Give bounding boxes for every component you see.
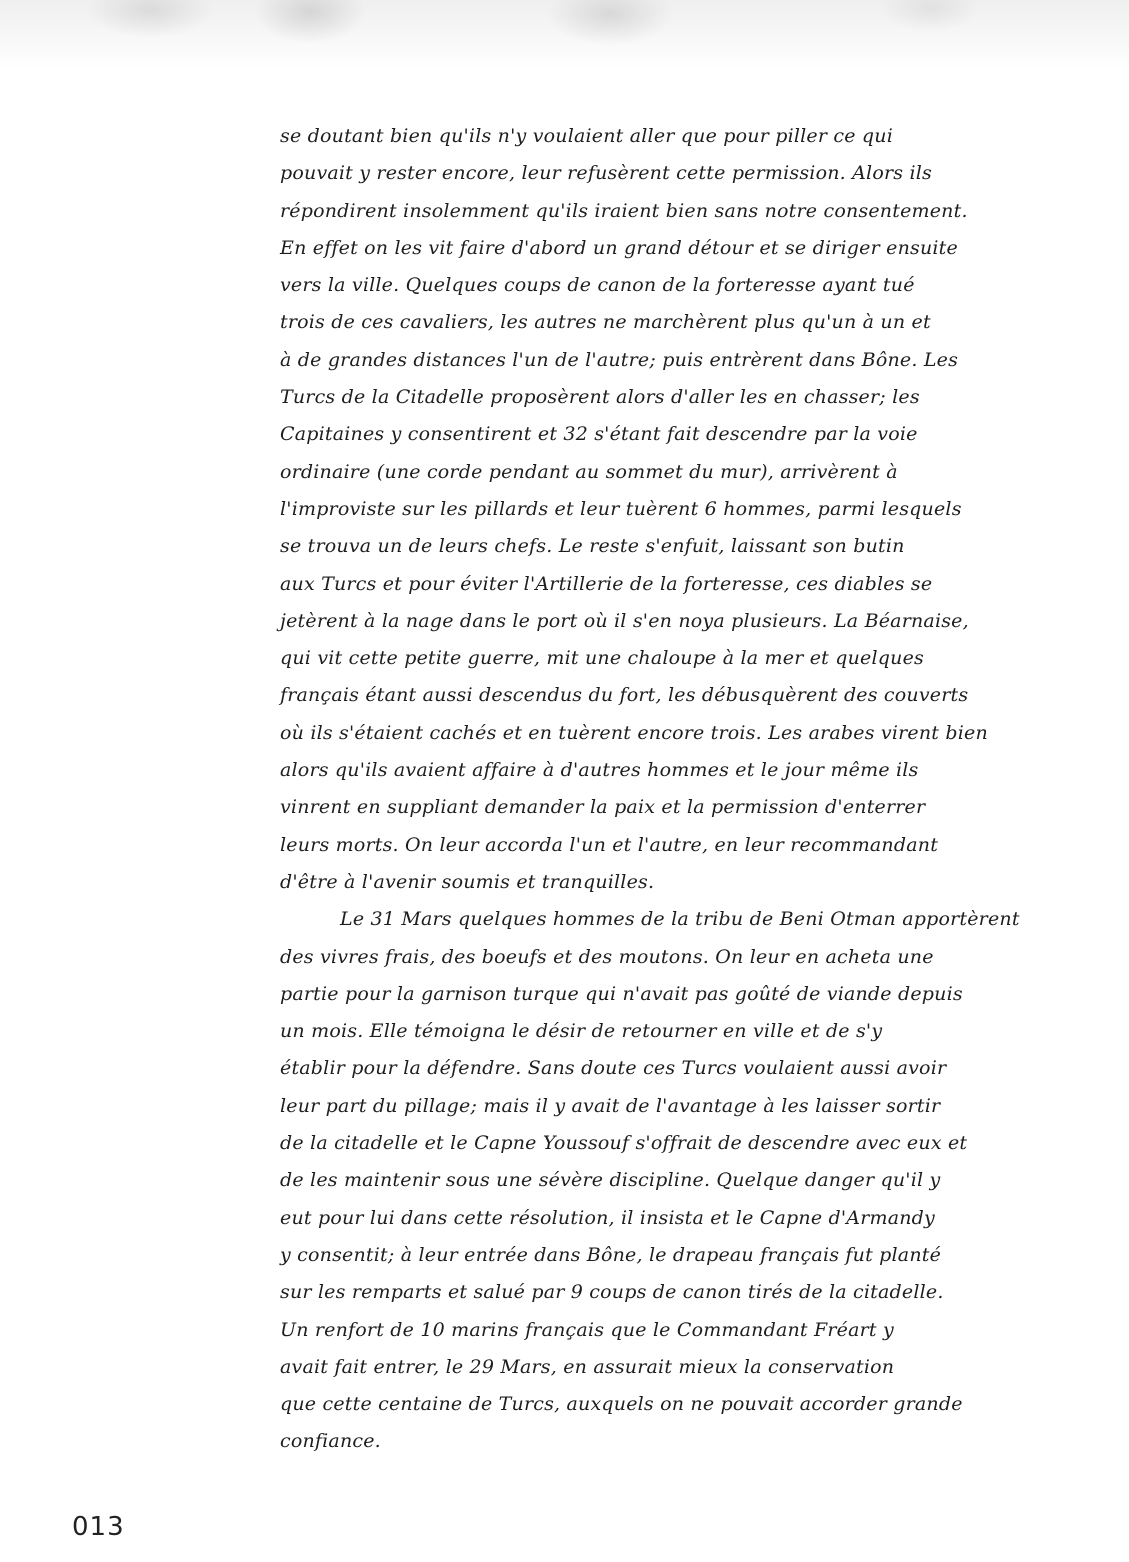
text-line: vers la ville. Quelques coups de canon d… bbox=[280, 267, 1040, 304]
text-line: qui vit cette petite guerre, mit une cha… bbox=[280, 640, 1040, 677]
text-line: y consentit; à leur entrée dans Bône, le… bbox=[280, 1237, 1040, 1274]
text-line: répondirent insolemment qu'ils iraient b… bbox=[280, 193, 1040, 230]
paragraph-1: se doutant bien qu'ils n'y voulaient all… bbox=[280, 118, 1040, 901]
text-line: d'être à l'avenir soumis et tranquilles. bbox=[280, 864, 1040, 901]
text-line: que cette centaine de Turcs, auxquels on… bbox=[280, 1386, 1040, 1423]
text-line: sur les remparts et salué par 9 coups de… bbox=[280, 1274, 1040, 1311]
text-line: se trouva un de leurs chefs. Le reste s'… bbox=[280, 528, 1040, 565]
scan-top-shadow bbox=[0, 0, 1129, 70]
text-line: Turcs de la Citadelle proposèrent alors … bbox=[280, 379, 1040, 416]
text-line: jetèrent à la nage dans le port où il s'… bbox=[280, 603, 1040, 640]
text-line: français étant aussi descendus du fort, … bbox=[280, 677, 1040, 714]
text-line: où ils s'étaient cachés et en tuèrent en… bbox=[280, 715, 1040, 752]
text-line: avait fait entrer, le 29 Mars, en assura… bbox=[280, 1349, 1040, 1386]
paragraph-2: Le 31 Mars quelques hommes de la tribu d… bbox=[280, 901, 1040, 1460]
text-line: eut pour lui dans cette résolution, il i… bbox=[280, 1200, 1040, 1237]
text-line: se doutant bien qu'ils n'y voulaient all… bbox=[280, 118, 1040, 155]
text-line: leurs morts. On leur accorda l'un et l'a… bbox=[280, 827, 1040, 864]
text-line: un mois. Elle témoigna le désir de retou… bbox=[280, 1013, 1040, 1050]
manuscript-body: se doutant bien qu'ils n'y voulaient all… bbox=[280, 118, 1040, 1461]
text-line: vinrent en suppliant demander la paix et… bbox=[280, 789, 1040, 826]
text-line: trois de ces cavaliers, les autres ne ma… bbox=[280, 304, 1040, 341]
text-line: à de grandes distances l'un de l'autre; … bbox=[280, 342, 1040, 379]
text-line: confiance. bbox=[280, 1423, 1040, 1460]
folio-number: 013 bbox=[72, 1512, 125, 1542]
text-line: leur part du pillage; mais il y avait de… bbox=[280, 1088, 1040, 1125]
text-line: partie pour la garnison turque qui n'ava… bbox=[280, 976, 1040, 1013]
text-line: Un renfort de 10 marins français que le … bbox=[280, 1312, 1040, 1349]
text-line: En effet on les vit faire d'abord un gra… bbox=[280, 230, 1040, 267]
text-line: Capitaines y consentirent et 32 s'étant … bbox=[280, 416, 1040, 453]
text-line: de la citadelle et le Capne Youssouf s'o… bbox=[280, 1125, 1040, 1162]
text-line: des vivres frais, des boeufs et des mout… bbox=[280, 939, 1040, 976]
text-line: établir pour la défendre. Sans doute ces… bbox=[280, 1050, 1040, 1087]
text-line: pouvait y rester encore, leur refusèrent… bbox=[280, 155, 1040, 192]
text-line: alors qu'ils avaient affaire à d'autres … bbox=[280, 752, 1040, 789]
text-line: aux Turcs et pour éviter l'Artillerie de… bbox=[280, 566, 1040, 603]
text-line: ordinaire (une corde pendant au sommet d… bbox=[280, 454, 1040, 491]
text-line: l'improviste sur les pillards et leur tu… bbox=[280, 491, 1040, 528]
text-line: Le 31 Mars quelques hommes de la tribu d… bbox=[280, 901, 1040, 938]
text-line: de les maintenir sous une sévère discipl… bbox=[280, 1162, 1040, 1199]
